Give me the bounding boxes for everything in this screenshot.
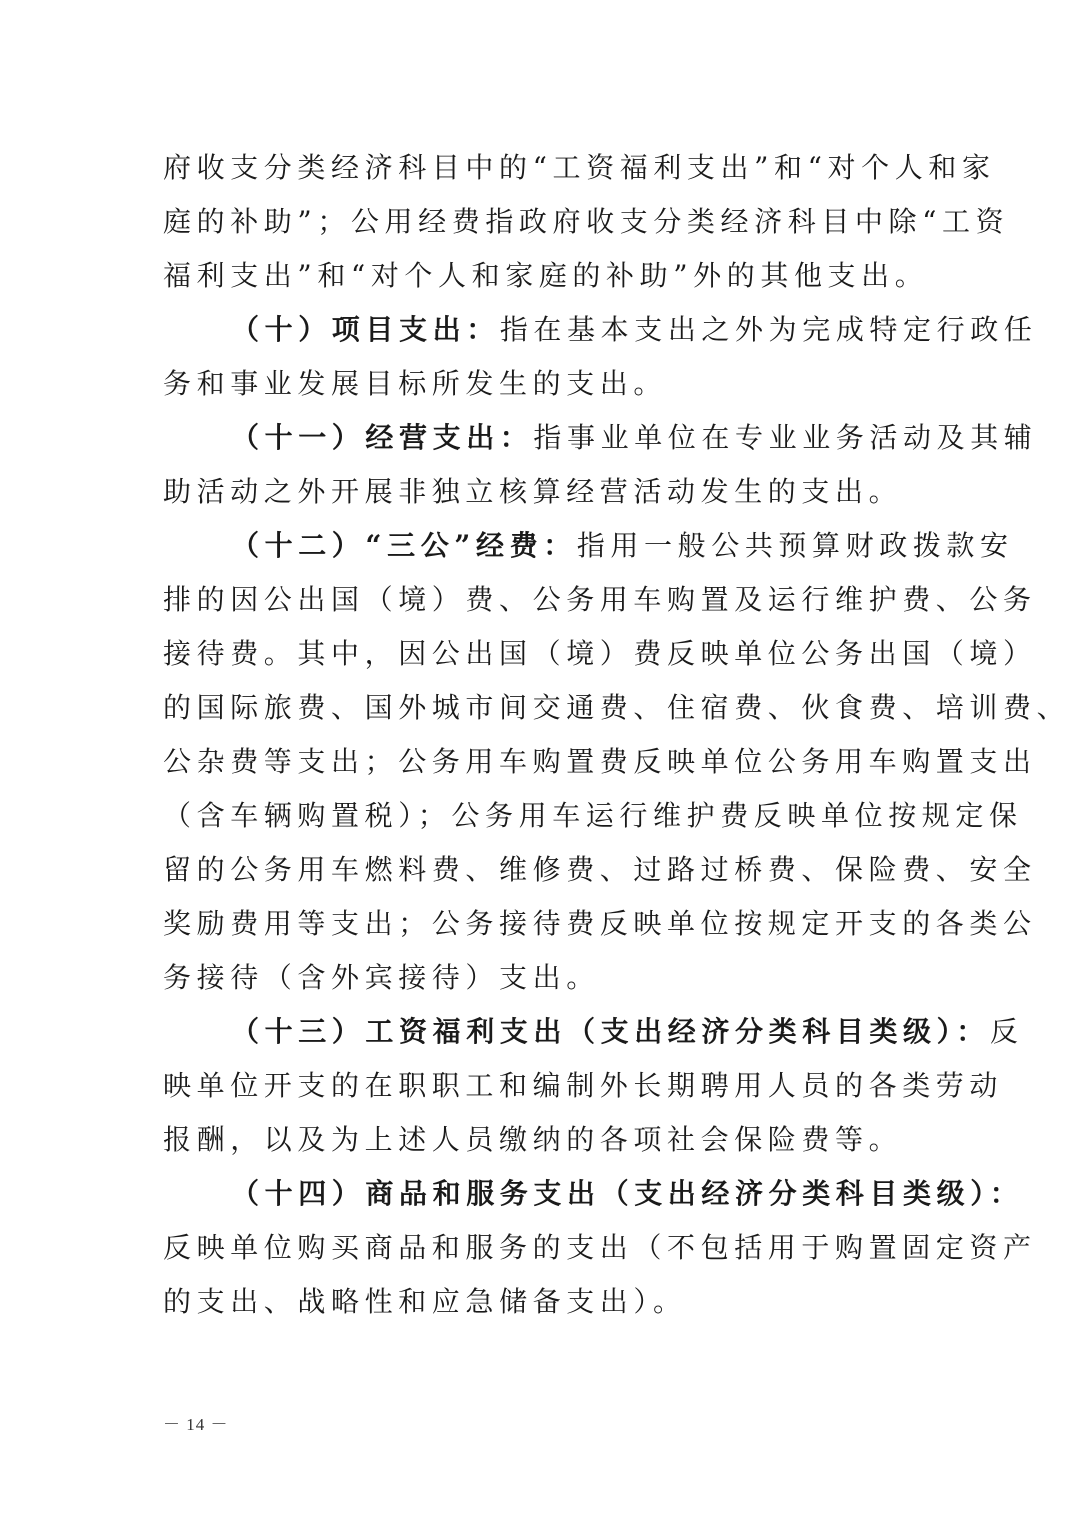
document-body: 府收支分类经济科目中的“工资福利支出”和“对个人和家 庭的补助”；公用经费指政府…: [163, 141, 913, 1329]
section-wages-benefits: （十三）工资福利支出（支出经济分类科目类级）：反 映单位开支的在职职工和编制外长…: [163, 1005, 913, 1167]
section-project-expenditure: （十）项目支出：指在基本支出之外为完成特定行政任 务和事业发展目标所发生的支出。: [163, 303, 913, 411]
text-line: 庭的补助”；公用经费指政府收支分类经济科目中除“工资: [163, 195, 913, 249]
section-goods-services: （十四）商品和服务支出（支出经济分类科目类级）： 反映单位购买商品和服务的支出（…: [163, 1167, 913, 1329]
section-three-public-expenses: （十二）“三公”经费：指用一般公共预算财政拨款安 排的因公出国（境）费、公务用车…: [163, 519, 913, 1005]
text-line: 府收支分类经济科目中的“工资福利支出”和“对个人和家: [163, 141, 913, 195]
text-line: 指事业单位在专业业务活动及其辅: [533, 421, 1037, 454]
section-operating-expenditure: （十一）经营支出：指事业单位在专业业务活动及其辅 助活动之外开展非独立核算经营活…: [163, 411, 913, 519]
text-line: （含车辆购置税）；公务用车运行维护费反映单位按规定保: [163, 789, 913, 843]
text-line: 务和事业发展目标所发生的支出。: [163, 357, 913, 411]
text-line: 福利支出”和“对个人和家庭的补助”外的其他支出。: [163, 249, 913, 303]
text-line: 接待费。其中，因公出国（境）费反映单位公务出国（境）: [163, 627, 913, 681]
section-heading: （十一）经营支出：: [231, 421, 533, 454]
text-line: 的国际旅费、国外城市间交通费、住宿费、伙食费、培训费、: [163, 681, 913, 735]
text-line: 奖励费用等支出；公务接待费反映单位按规定开支的各类公: [163, 897, 913, 951]
section-heading: （十三）工资福利支出（支出经济分类科目类级）：: [231, 1015, 990, 1048]
text-line: 公杂费等支出；公务用车购置费反映单位公务用车购置支出: [163, 735, 913, 789]
section-heading: （十）项目支出：: [231, 313, 500, 346]
text-line: 留的公务用车燃料费、维修费、过路过桥费、保险费、安全: [163, 843, 913, 897]
document-page: 府收支分类经济科目中的“工资福利支出”和“对个人和家 庭的补助”；公用经费指政府…: [0, 0, 1075, 1520]
paragraph-continuation: 府收支分类经济科目中的“工资福利支出”和“对个人和家 庭的补助”；公用经费指政府…: [163, 141, 913, 303]
section-heading: （十二）“三公”经费：: [231, 529, 577, 562]
text-line: 反: [990, 1015, 1024, 1048]
text-line: 指在基本支出之外为完成特定行政任: [500, 313, 1038, 346]
text-line: 报酬，以及为上述人员缴纳的各项社会保险费等。: [163, 1113, 913, 1167]
section-heading: （十四）商品和服务支出（支出经济分类科目类级）：: [231, 1177, 1023, 1210]
text-line: 指用一般公共预算财政拨款安: [577, 529, 1014, 562]
text-line: 务接待（含外宾接待）支出。: [163, 951, 913, 1005]
text-line: 助活动之外开展非独立核算经营活动发生的支出。: [163, 465, 913, 519]
text-line: 的支出、战略性和应急储备支出）。: [163, 1275, 913, 1329]
page-number: － 14 －: [163, 1410, 229, 1435]
text-line: 排的因公出国（境）费、公务用车购置及运行维护费、公务: [163, 573, 913, 627]
text-line: 映单位开支的在职职工和编制外长期聘用人员的各类劳动: [163, 1059, 913, 1113]
text-line: 反映单位购买商品和服务的支出（不包括用于购置固定资产: [163, 1221, 913, 1275]
